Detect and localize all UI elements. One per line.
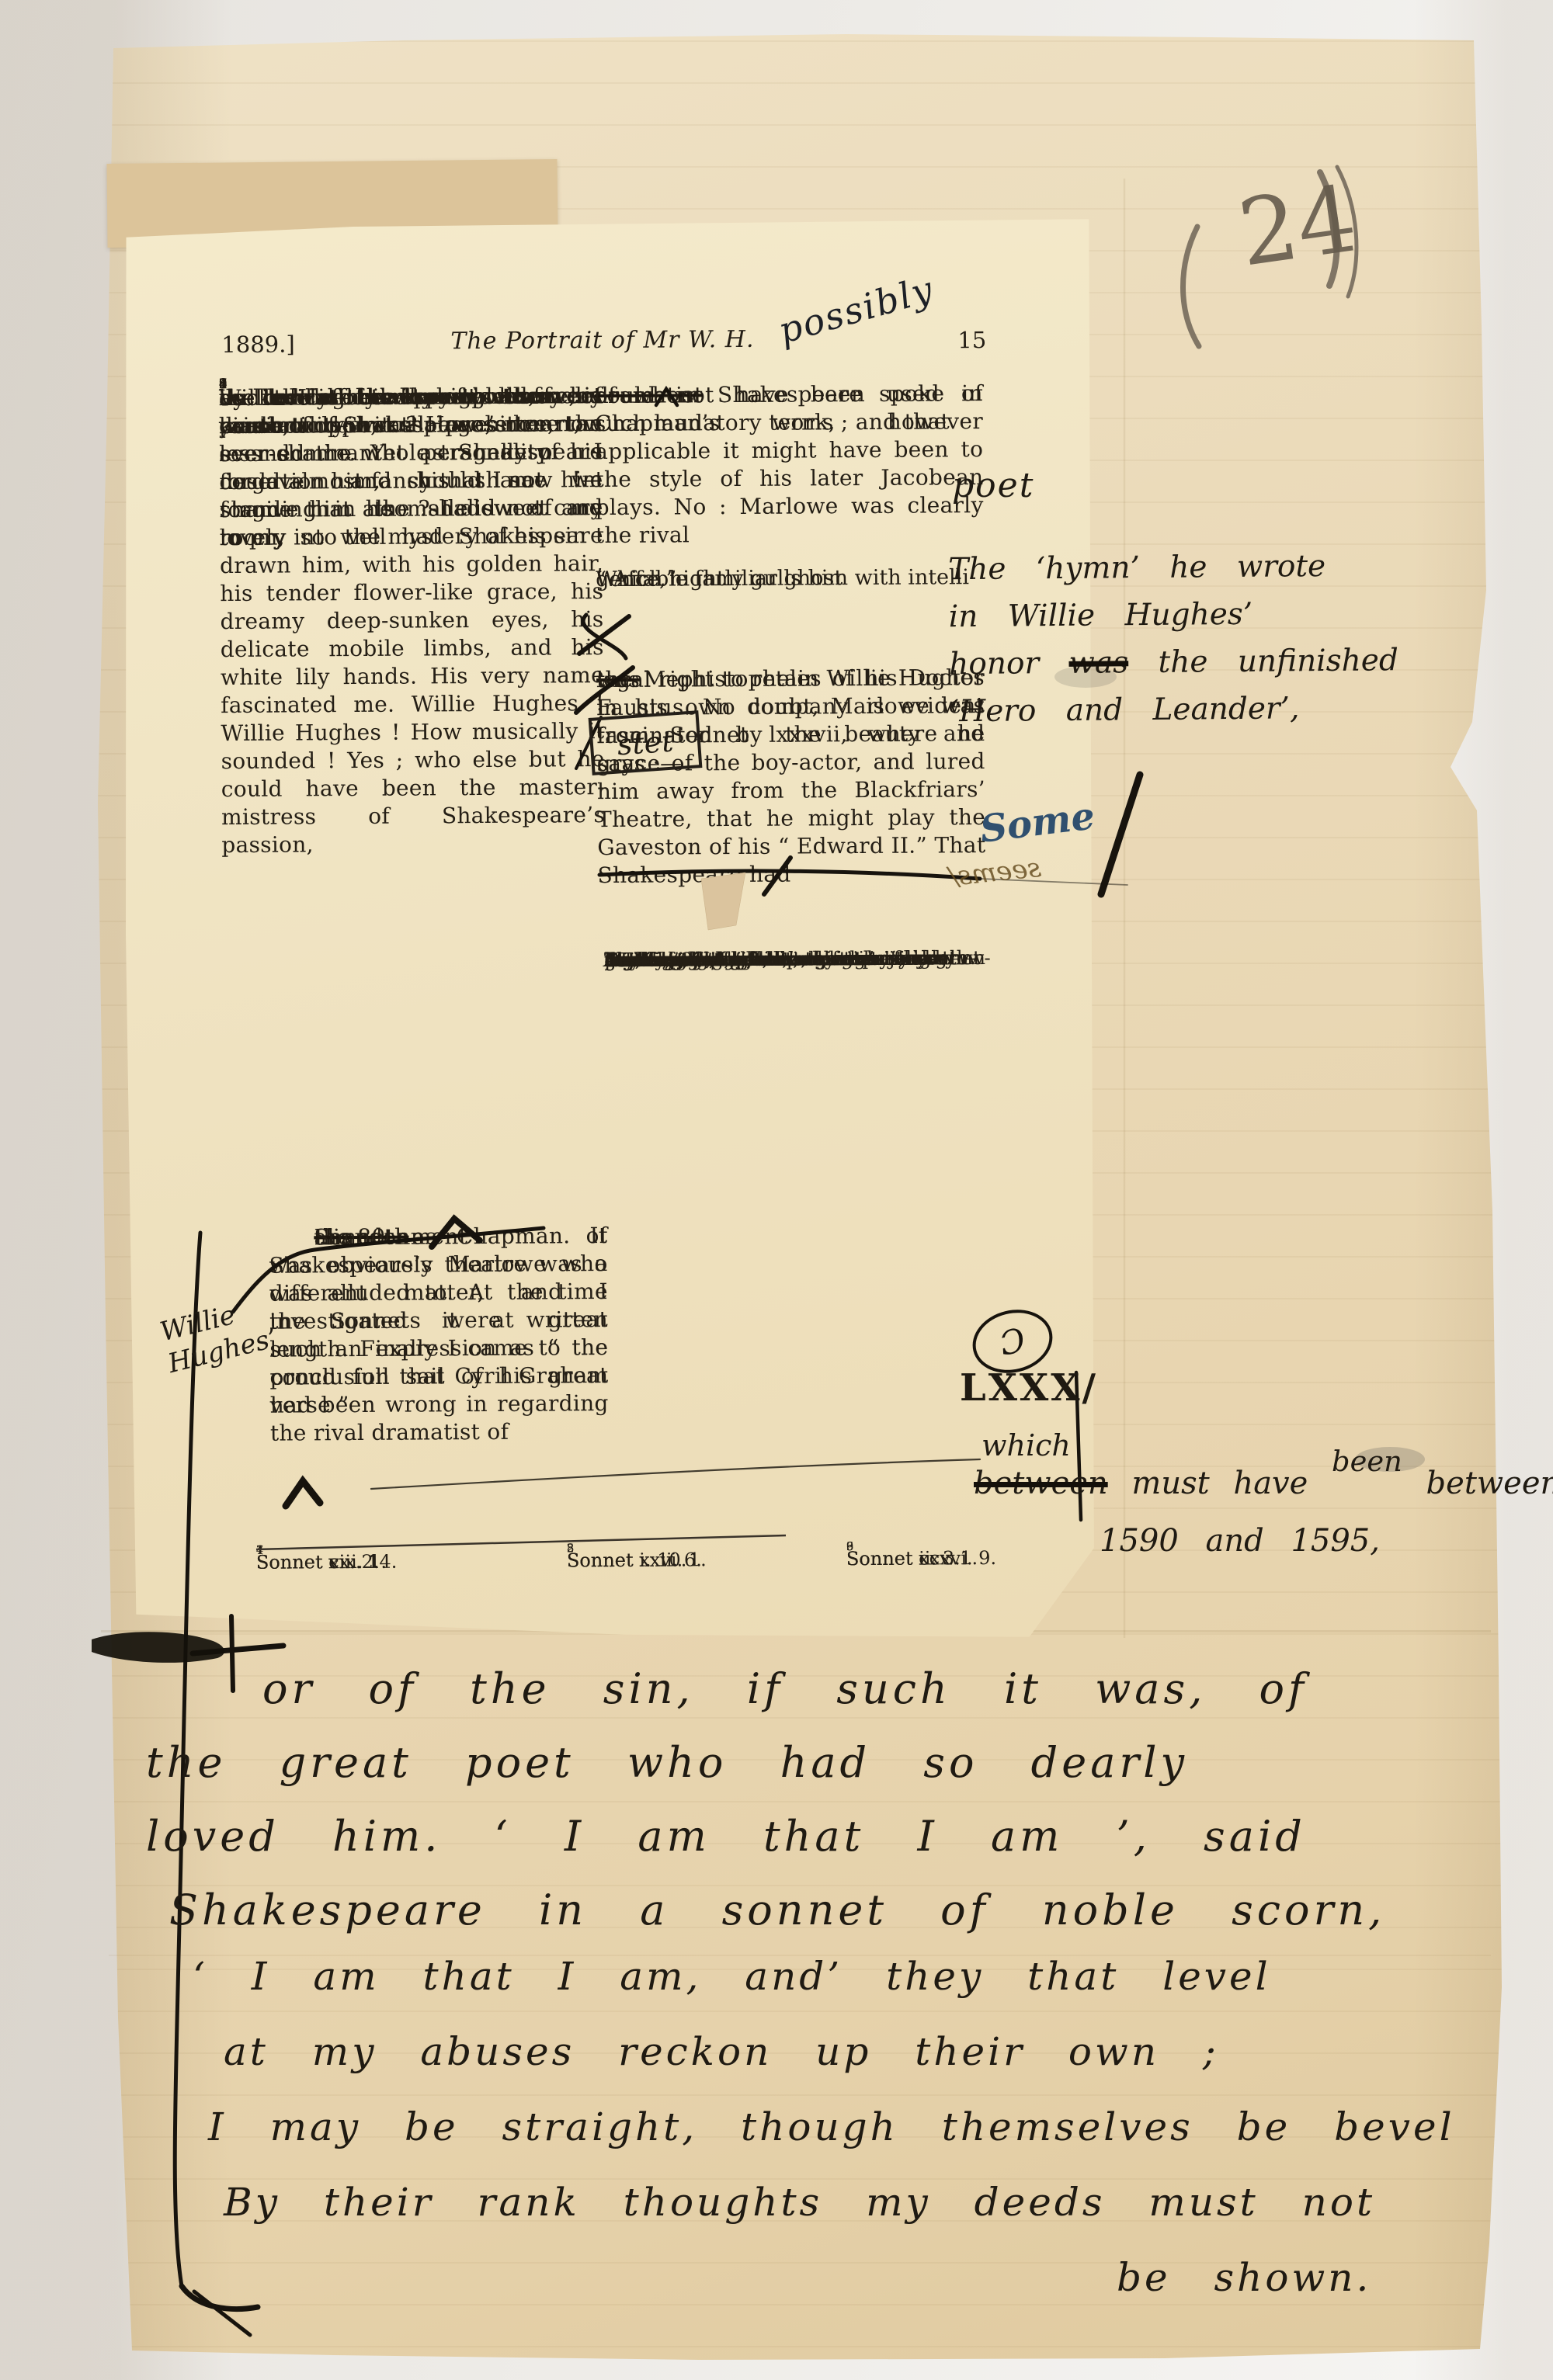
header-year: 1889.]: [221, 331, 295, 358]
annotation-date-line2: 1590 and 1595,: [1100, 1523, 1380, 1559]
footnotes-column-2: 2 Sonnet xxvi. 1.5 Sonnet i. 10.8 Sonnet…: [567, 1546, 846, 1548]
printed-clipping: 1889.] The Portrait of Mr W. H. 15 Willi…: [120, 216, 1102, 1650]
pencil-page-number: 24: [1232, 165, 1363, 287]
annotation-poet: poet: [952, 466, 1034, 505]
manuscript-photo: 1889.] The Portrait of Mr W. H. 15 Willi…: [0, 0, 1553, 2380]
sonnet-87-quote: “ Farewell ! thou art too dear for mypos…: [604, 946, 999, 949]
annotation-lxxx: LXXX/: [960, 1366, 1098, 1410]
annotation-date-line1: between must have been between: [974, 1466, 1553, 1501]
left-column-paragraph-1: Willie Hughes became to me a kind of spi…: [219, 382, 603, 384]
handwritten-prose: or of the sin, if such it was, ofthe gre…: [146, 1652, 1536, 1947]
header-title: The Portrait of Mr W. H.: [450, 326, 754, 355]
vertical-crease: [1124, 179, 1126, 1638]
annotation-hymn-note: The ‘hymn’ he wrotein Willie Hughes’hono…: [948, 541, 1524, 735]
ghost-quote: “ Affable familiar ghostWhich nightly gu…: [596, 564, 984, 567]
right-column-paragraph-1: could not have been used of Chapman’s wo…: [595, 380, 983, 382]
handwritten-sonnet-121: ‘ I am that I am, and’ they that levelat…: [193, 1939, 1553, 2316]
annotation-stet-box: stet: [589, 710, 703, 775]
left-column-paragraph-2: His abandonment of Shakespeare’s theatre…: [224, 1222, 607, 1224]
footnotes-column-3: 3 Sonnet cxxvi. 9.6 Sonnet ii. 3.9 Sonne…: [846, 1545, 1126, 1546]
footnotes-column-1: 1 Sonnet xx. 2.4 Sonnet cix. 14.7 Sonnet…: [256, 1549, 536, 1550]
annotation-which: which: [981, 1428, 1071, 1462]
header-page-number: 15: [957, 327, 986, 353]
right-column-paragraph-2: was the Mephistopheles of his Doctor Fau…: [596, 664, 985, 666]
